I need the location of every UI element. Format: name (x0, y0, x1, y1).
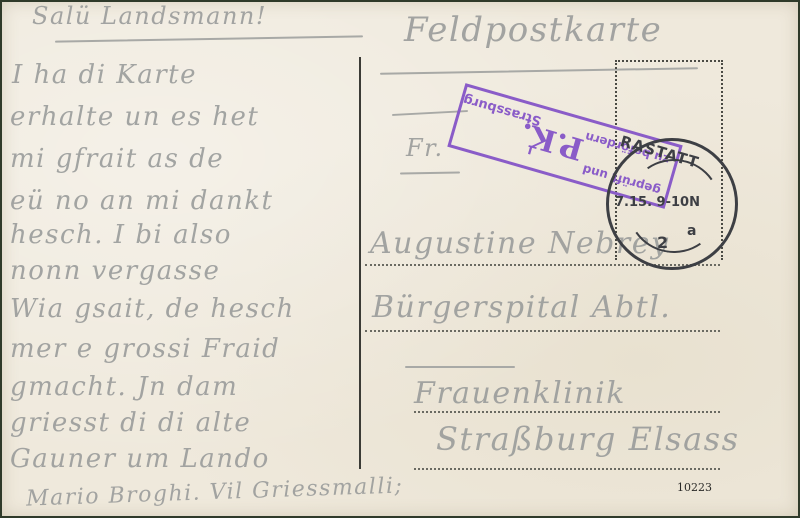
message-line: I ha di Karte (12, 60, 197, 90)
censor-line-3: Strassburg (462, 92, 544, 129)
address-underline (405, 366, 515, 368)
message-line: griesst di di alte (10, 408, 251, 438)
message-line: eü no an mi dankt (10, 186, 273, 216)
address-line-4: Straßburg Elsass (436, 420, 740, 458)
message-line: hesch. I bi also (10, 220, 232, 250)
address-prefix: Fr. (406, 134, 444, 162)
postmark-suffix: a (687, 223, 696, 239)
message-line: Gauner um Lando (10, 444, 270, 474)
message-line: mi gfrait as de (10, 144, 224, 174)
address-dotted-line-3 (414, 411, 720, 413)
message-line: erhalte un es het (10, 102, 259, 132)
address-dotted-line-4 (414, 468, 720, 470)
address-line-3: Frauenklinik (414, 376, 626, 411)
serial-number: 10223 (677, 481, 712, 494)
postcard: Salü Landsmann! I ha di Karte erhalte un… (0, 0, 800, 518)
divider-line (359, 57, 361, 469)
heading-feldpostkarte: Feldpostkarte (404, 10, 662, 50)
prefix-underline (400, 171, 460, 174)
message-line: gmacht. Jn dam (10, 372, 238, 402)
message-line: nonn vergasse (10, 256, 220, 286)
message-signature: Mario Broghi. Vil Griessmalli; (26, 473, 404, 511)
postmark-number: 2 (657, 233, 668, 252)
address-dotted-line-2 (365, 330, 720, 332)
message-line: Wia gsait, de hesch (10, 294, 295, 324)
message-line: mer e grossi Fraid (10, 334, 280, 364)
salutation-underline (55, 35, 363, 42)
postmark-date: 7.15. 9-10N (615, 195, 700, 210)
address-line-2: Bürgerspital Abtl. (372, 290, 671, 325)
salutation: Salü Landsmann! (32, 2, 267, 30)
postmark: RASTATT 7.15. 9-10N 2 a (606, 138, 738, 270)
